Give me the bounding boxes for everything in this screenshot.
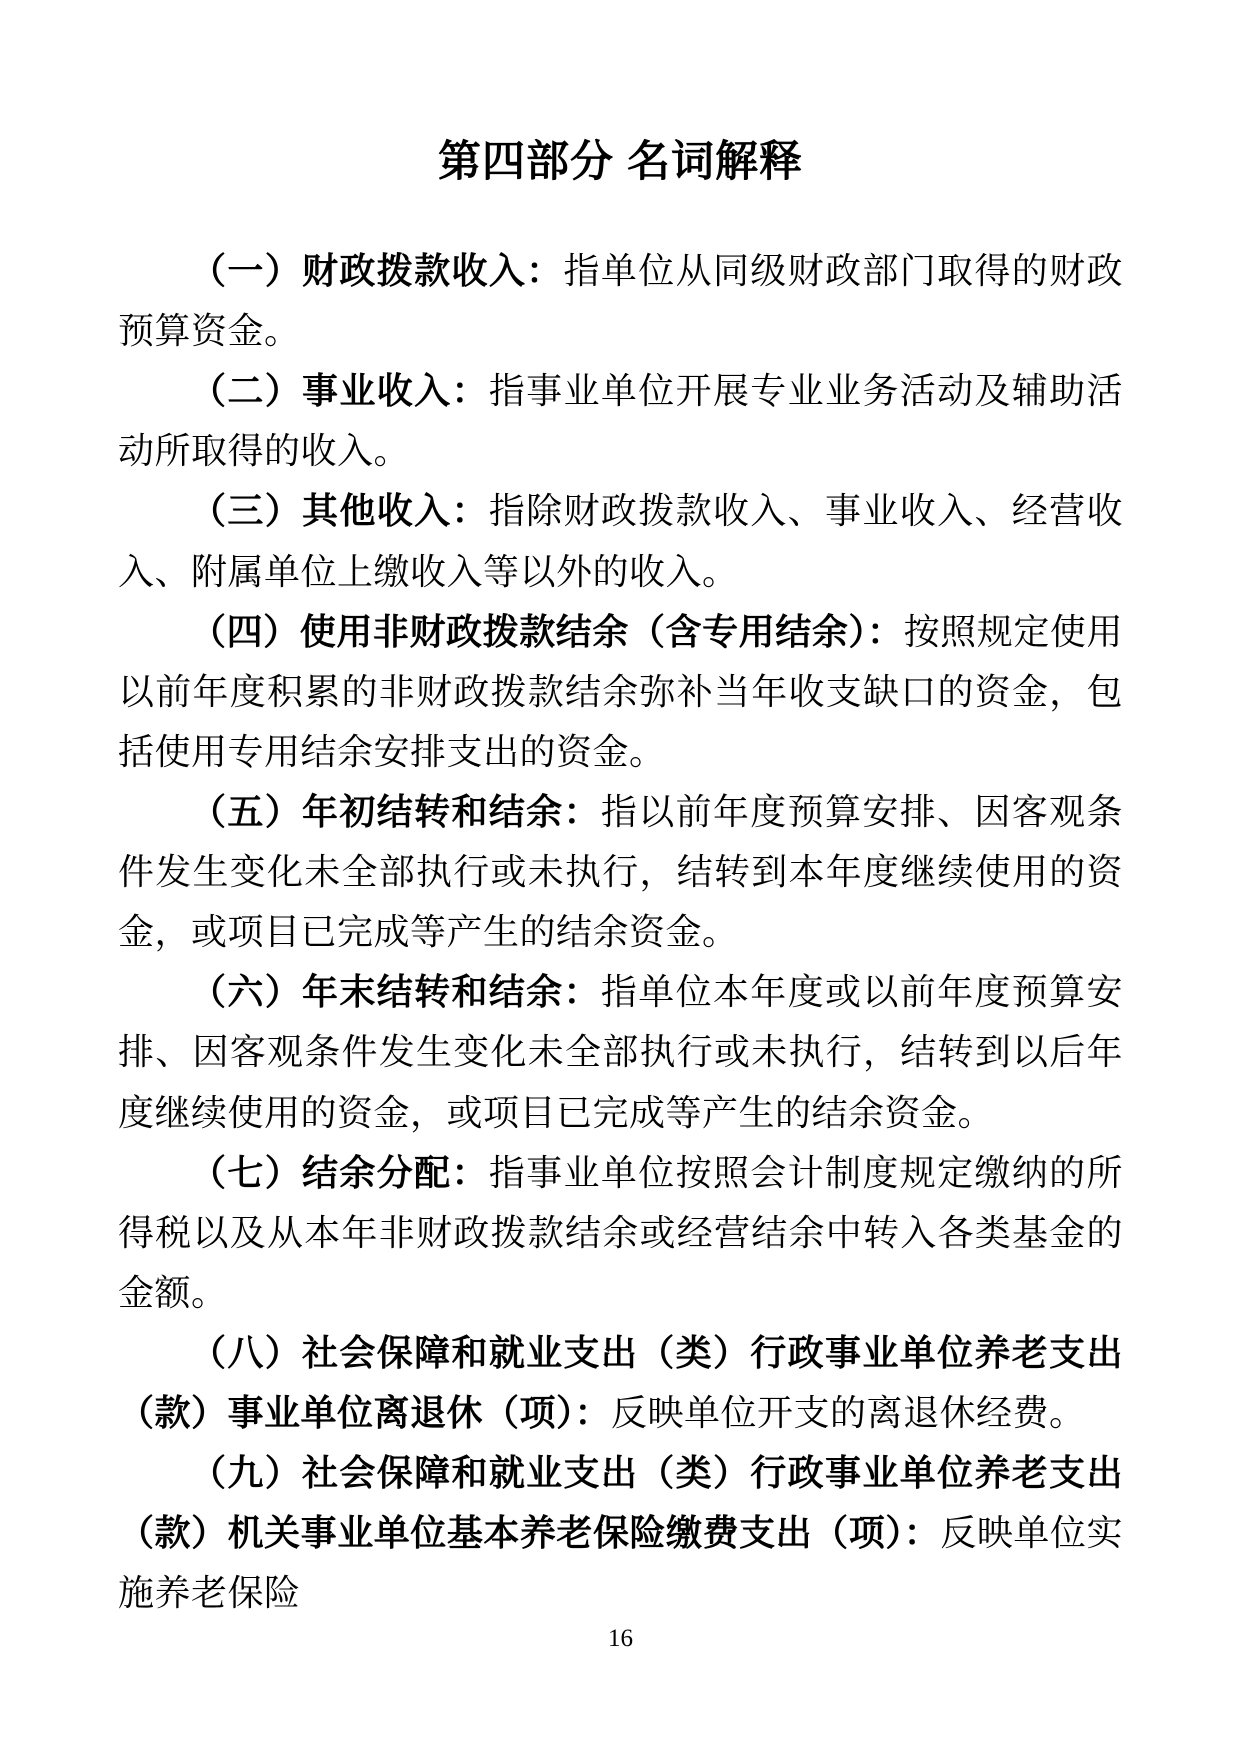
definition-paragraph-7: （七）结余分配：指事业单位按照会计制度规定缴纳的所得税以及从本年非财政拨款结余或… (118, 1143, 1123, 1323)
definition-paragraph-1: （一）财政拨款收入：指单位从同级财政部门取得的财政预算资金。 (118, 241, 1123, 361)
term-label-6: （六）年末结转和结余： (190, 972, 601, 1012)
definition-paragraph-5: （五）年初结转和结余：指以前年度预算安排、因客观条件发生变化未全部执行或未执行，… (118, 782, 1123, 962)
term-label-5: （五）年初结转和结余： (190, 792, 601, 832)
term-definition-8: 反映单位开支的离退休经费。 (611, 1393, 1086, 1433)
definition-paragraph-8: （八）社会保障和就业支出（类）行政事业单位养老支出（款）事业单位离退休（项）：反… (118, 1323, 1123, 1443)
definition-paragraph-6: （六）年末结转和结余：指单位本年度或以前年度预算安排、因客观条件发生变化未全部执… (118, 962, 1123, 1142)
document-page: 第四部分 名词解释 （一）财政拨款收入：指单位从同级财政部门取得的财政预算资金。… (0, 0, 1241, 1755)
definition-paragraph-2: （二）事业收入：指事业单位开展专业业务活动及辅助活动所取得的收入。 (118, 361, 1123, 481)
term-label-3: （三）其他收入： (190, 491, 489, 531)
definition-paragraph-4: （四）使用非财政拨款结余（含专用结余）：按照规定使用以前年度积累的非财政拨款结余… (118, 602, 1123, 782)
definition-paragraph-3: （三）其他收入：指除财政拨款收入、事业收入、经营收入、附属单位上缴收入等以外的收… (118, 481, 1123, 601)
term-label-4: （四）使用非财政拨款结余（含专用结余）： (190, 612, 904, 652)
page-number: 16 (0, 1625, 1241, 1653)
definition-paragraph-9: （九）社会保障和就业支出（类）行政事业单位养老支出（款）机关事业单位基本养老保险… (118, 1443, 1123, 1623)
term-label-1: （一）财政拨款收入： (190, 251, 564, 291)
term-label-2: （二）事业收入： (190, 371, 489, 411)
term-label-7: （七）结余分配： (190, 1153, 489, 1193)
page-title: 第四部分 名词解释 (118, 128, 1123, 189)
